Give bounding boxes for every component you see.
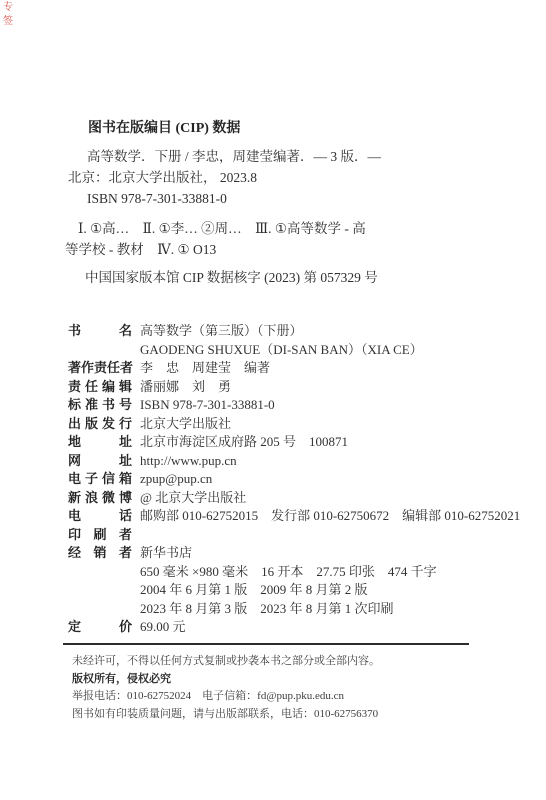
row-label: 电子信箱 — [68, 470, 132, 489]
row-label: 经销者 — [68, 544, 132, 563]
table-row-editors: 责任编辑 潘丽娜 刘 勇 — [68, 378, 528, 397]
table-row-email: 电子信箱 zpup@pup.cn — [68, 470, 528, 489]
row-value: GAODENG SHUXUE（DI-SAN BAN）（XIA CE） — [140, 341, 423, 360]
notice-line-report-phone: 举报电话：010-62752024 电子信箱：fd@pup.pku.edu.cn — [72, 688, 512, 706]
copyright-notice-block: 未经许可，不得以任何方式复制或抄袭本书之部分或全部内容。 版权所有，侵权必究 举… — [72, 653, 512, 724]
row-value: 潘丽娜 刘 勇 — [140, 378, 231, 397]
cip-isbn-line: ISBN 978-7-301-33881-0 — [65, 188, 485, 209]
row-label: 出版发行 — [68, 415, 132, 434]
row-label — [68, 563, 132, 582]
row-label — [68, 600, 132, 619]
row-value: 新华书店 — [140, 544, 192, 563]
table-row-pinyin-title: GAODENG SHUXUE（DI-SAN BAN）（XIA CE） — [68, 341, 528, 360]
row-value: 650 毫米 ×980 毫米 16 开本 27.75 印张 474 千字 — [140, 563, 437, 582]
row-label: 责任编辑 — [68, 378, 132, 397]
table-row-book-title: 书名 高等数学（第三版）（下册） — [68, 322, 528, 341]
cip-line: 北京：北京大学出版社， 2023.8 — [65, 167, 485, 188]
table-row-editions-1: 2004 年 6 月第 1 版 2009 年 8 月第 2 版 — [68, 581, 528, 600]
row-label: 标准书号 — [68, 396, 132, 415]
corner-mark: 签 — [3, 16, 17, 28]
table-row-website: 网址 http://www.pup.cn — [68, 452, 528, 471]
row-label: 定价 — [68, 618, 132, 637]
divider-rule — [63, 643, 469, 645]
row-value: 李 忠 周建莹 编著 — [140, 359, 270, 378]
table-row-authors: 著作责任者 李 忠 周建莹 编著 — [68, 359, 528, 378]
table-row-phones: 电话 邮购部 010-62752015 发行部 010-62750672 编辑部… — [68, 507, 528, 526]
row-value: @ 北京大学出版社 — [140, 489, 246, 508]
row-label: 地址 — [68, 433, 132, 452]
table-row-isbn: 标准书号 ISBN 978-7-301-33881-0 — [68, 396, 528, 415]
cip-record-number: 中国国家版本馆 CIP 数据核字 (2023) 第 057329 号 — [65, 267, 485, 288]
corner-mark: 专 — [3, 2, 17, 14]
table-row-address: 地址 北京市海淀区成府路 205 号 100871 — [68, 433, 528, 452]
table-row-publisher: 出版发行 北京大学出版社 — [68, 415, 528, 434]
row-label: 电话 — [68, 507, 132, 526]
row-value: 69.00 元 — [140, 618, 186, 637]
row-label: 书名 — [68, 322, 132, 341]
notice-line: 未经许可，不得以任何方式复制或抄袭本书之部分或全部内容。 — [72, 653, 512, 671]
row-label — [68, 341, 132, 360]
row-label: 著作责任者 — [68, 359, 132, 378]
cip-heading: 图书在版编目 (CIP) 数据 — [65, 118, 485, 139]
notice-line-quality: 图书如有印装质量问题，请与出版部联系，电话：010-62756370 — [72, 706, 512, 724]
row-value: http://www.pup.cn — [140, 452, 237, 471]
colophon-table: 书名 高等数学（第三版）（下册） GAODENG SHUXUE（DI-SAN B… — [68, 322, 528, 637]
red-corner-marks: 专 签 — [3, 2, 17, 28]
table-row-editions-2: 2023 年 8 月第 3 版 2023 年 8 月第 1 次印刷 — [68, 600, 528, 619]
table-row-distributor: 经销者 新华书店 — [68, 544, 528, 563]
row-label: 网址 — [68, 452, 132, 471]
table-row-format: 650 毫米 ×980 毫米 16 开本 27.75 印张 474 千字 — [68, 563, 528, 582]
row-value: zpup@pup.cn — [140, 470, 212, 489]
table-row-printer: 印刷者 — [68, 526, 528, 545]
row-value: ISBN 978-7-301-33881-0 — [140, 396, 275, 415]
row-value: 北京市海淀区成府路 205 号 100871 — [140, 433, 348, 452]
table-row-price: 定价 69.00 元 — [68, 618, 528, 637]
row-label: 新浪微博 — [68, 489, 132, 508]
row-value: 2004 年 6 月第 1 版 2009 年 8 月第 2 版 — [140, 581, 368, 600]
notice-line-rights: 版权所有，侵权必究 — [72, 671, 512, 689]
row-label — [68, 581, 132, 600]
row-value: 高等数学（第三版）（下册） — [140, 322, 303, 341]
row-value: 2023 年 8 月第 3 版 2023 年 8 月第 1 次印刷 — [140, 600, 394, 619]
cip-classification-line: 等学校 - 教材 Ⅳ. ① O13 — [65, 239, 485, 260]
copyright-page: 专 签 图书在版编目 (CIP) 数据 高等数学．下册 / 李忠，周建莹编著．—… — [0, 0, 546, 800]
cip-block: 图书在版编目 (CIP) 数据 高等数学．下册 / 李忠，周建莹编著．— 3 版… — [65, 118, 485, 288]
row-value: 邮购部 010-62752015 发行部 010-62750672 编辑部 01… — [140, 507, 520, 526]
row-value: 北京大学出版社 — [140, 415, 231, 434]
row-label: 印刷者 — [68, 526, 132, 545]
cip-classification-line: Ⅰ. ①高… Ⅱ. ①李… ②周… Ⅲ. ①高等数学 - 高 — [65, 218, 485, 239]
table-row-weibo: 新浪微博 @ 北京大学出版社 — [68, 489, 528, 508]
cip-line: 高等数学．下册 / 李忠，周建莹编著．— 3 版．— — [65, 146, 485, 167]
